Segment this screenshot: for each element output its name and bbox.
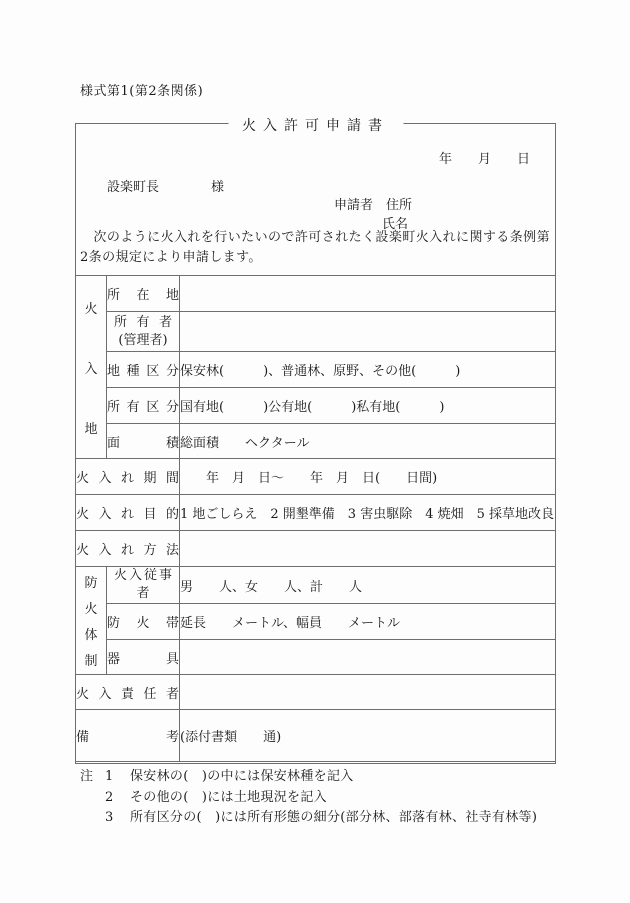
table-row: 器具 [76,640,556,675]
label-owner-line2: (管理者) [107,332,179,350]
table-row: 地種区分 保安林( )、普通林、原野、その他( ) [76,352,556,388]
applicant-address-label: 申請者 住所 [334,194,412,213]
label-firebreak: 防火帯 [107,604,180,640]
table-row: 防 火 体 制 火入従事 者 男 人、女 人、計 人 [76,567,556,604]
table-row: 火 入 地 所在地 [76,276,556,312]
table-row: 火入れ期間 年 月 日～ 年 月 日( 日間) [76,459,556,495]
field-firebreak: 延長 メートル、幅員 メートル [180,604,556,640]
label-owner-line1: 所有者 [107,314,179,332]
field-land-type: 保安林( )、普通林、原野、その他( ) [180,352,556,388]
group-char: 地 [84,418,97,437]
field-owner [180,312,556,352]
table-row: 所有者 (管理者) [76,312,556,352]
notes-section: 注 1 保安林の( )の中には保安林種を記入 2 その他の( )には土地現況を記… [80,767,537,829]
notes-marker: 注 [80,767,105,788]
label-ownership: 所有区分 [107,388,180,424]
note-text: その他の( )には土地現況を記入 [130,788,327,809]
field-area: 総面積 ヘクタール [180,424,556,459]
intro-text: 次のように火入れを行いたいので許可されたく設楽町火入れに関する条例第2条の規定に… [80,228,550,268]
table-row: 火入れ方法 [76,531,556,567]
note-text: 所有区分の( )には所有形態の細分(部分林、部落有林、社寺有林等) [130,808,537,829]
addressee-line: 設楽町長 様 [107,176,224,195]
label-remarks: 備考 [76,710,180,762]
group-fire-prevention-label: 防 火 体 制 [76,569,106,673]
field-period: 年 月 日～ 年 月 日( 日間) [180,459,556,495]
group-fire-site-label: 火 入 地 [76,277,106,457]
form-title: 火入許可申請書 [228,115,403,135]
note-item: 3 所有区分の( )には所有形態の細分(部分林、部落有林、社寺有林等) [80,808,537,829]
label-purpose: 火入れ目的 [76,495,180,531]
table-row: 火入責任者 [76,675,556,710]
label-area: 面積 [107,424,180,459]
note-item: 注 1 保安林の( )の中には保安林種を記入 [80,767,537,788]
note-item: 2 その他の( )には土地現況を記入 [80,788,537,809]
group-char: 防 [84,572,97,591]
group-char: 火 [84,298,97,317]
label-workers-line1: 火入従事 [107,567,179,585]
field-responsible [180,675,556,710]
field-purpose: 1 地ごしらえ 2 開墾準備 3 害虫駆除 4 焼畑 5 採草地改良 [180,495,556,531]
label-land-type: 地種区分 [107,352,180,388]
label-method: 火入れ方法 [76,531,180,567]
table-row: 所有区分 国有地( )公有地( )私有地( ) [76,388,556,424]
field-remarks: (添付書類 通) [180,710,556,762]
table-row: 面積 総面積 ヘクタール [76,424,556,459]
label-equipment: 器具 [107,640,180,675]
form-page: 様式第1(第2条関係) 火入許可申請書 年 月 日 設楽町長 様 申請者 住所 … [0,0,630,903]
field-workers: 男 人、女 人、計 人 [180,567,556,604]
date-line: 年 月 日 [439,148,530,167]
group-char: 体 [84,624,97,643]
group-fire-site: 火 入 地 [76,276,107,459]
note-text: 保安林の( )の中には保安林種を記入 [130,767,354,788]
form-reference: 様式第1(第2条関係) [80,80,203,99]
note-number: 1 [105,767,130,788]
group-char: 入 [84,358,97,377]
table-row: 火入れ目的 1 地ごしらえ 2 開墾準備 3 害虫駆除 4 焼畑 5 採草地改良 [76,495,556,531]
application-form-box: 火入許可申請書 年 月 日 設楽町長 様 申請者 住所 氏名 次のように火入れを… [75,123,556,764]
group-fire-prevention: 防 火 体 制 [76,567,107,675]
notes-marker-spacer [80,788,105,809]
field-ownership: 国有地( )公有地( )私有地( ) [180,388,556,424]
label-responsible: 火入責任者 [76,675,180,710]
label-location: 所在地 [107,276,180,312]
label-workers-line2: 者 [107,585,179,603]
field-method [180,531,556,567]
label-owner: 所有者 (管理者) [107,312,180,352]
notes-marker-spacer [80,808,105,829]
label-workers: 火入従事 者 [107,567,180,604]
note-number: 3 [105,808,130,829]
field-equipment [180,640,556,675]
application-table: 火 入 地 所在地 所有者 (管理者) 地種区分 保安林( )、普通林、原野、そ… [75,275,556,762]
group-char: 制 [84,650,97,669]
label-period: 火入れ期間 [76,459,180,495]
table-row: 備考 (添付書類 通) [76,710,556,762]
table-row: 防火帯 延長 メートル、幅員 メートル [76,604,556,640]
note-number: 2 [105,788,130,809]
field-location [180,276,556,312]
group-char: 火 [84,598,97,617]
